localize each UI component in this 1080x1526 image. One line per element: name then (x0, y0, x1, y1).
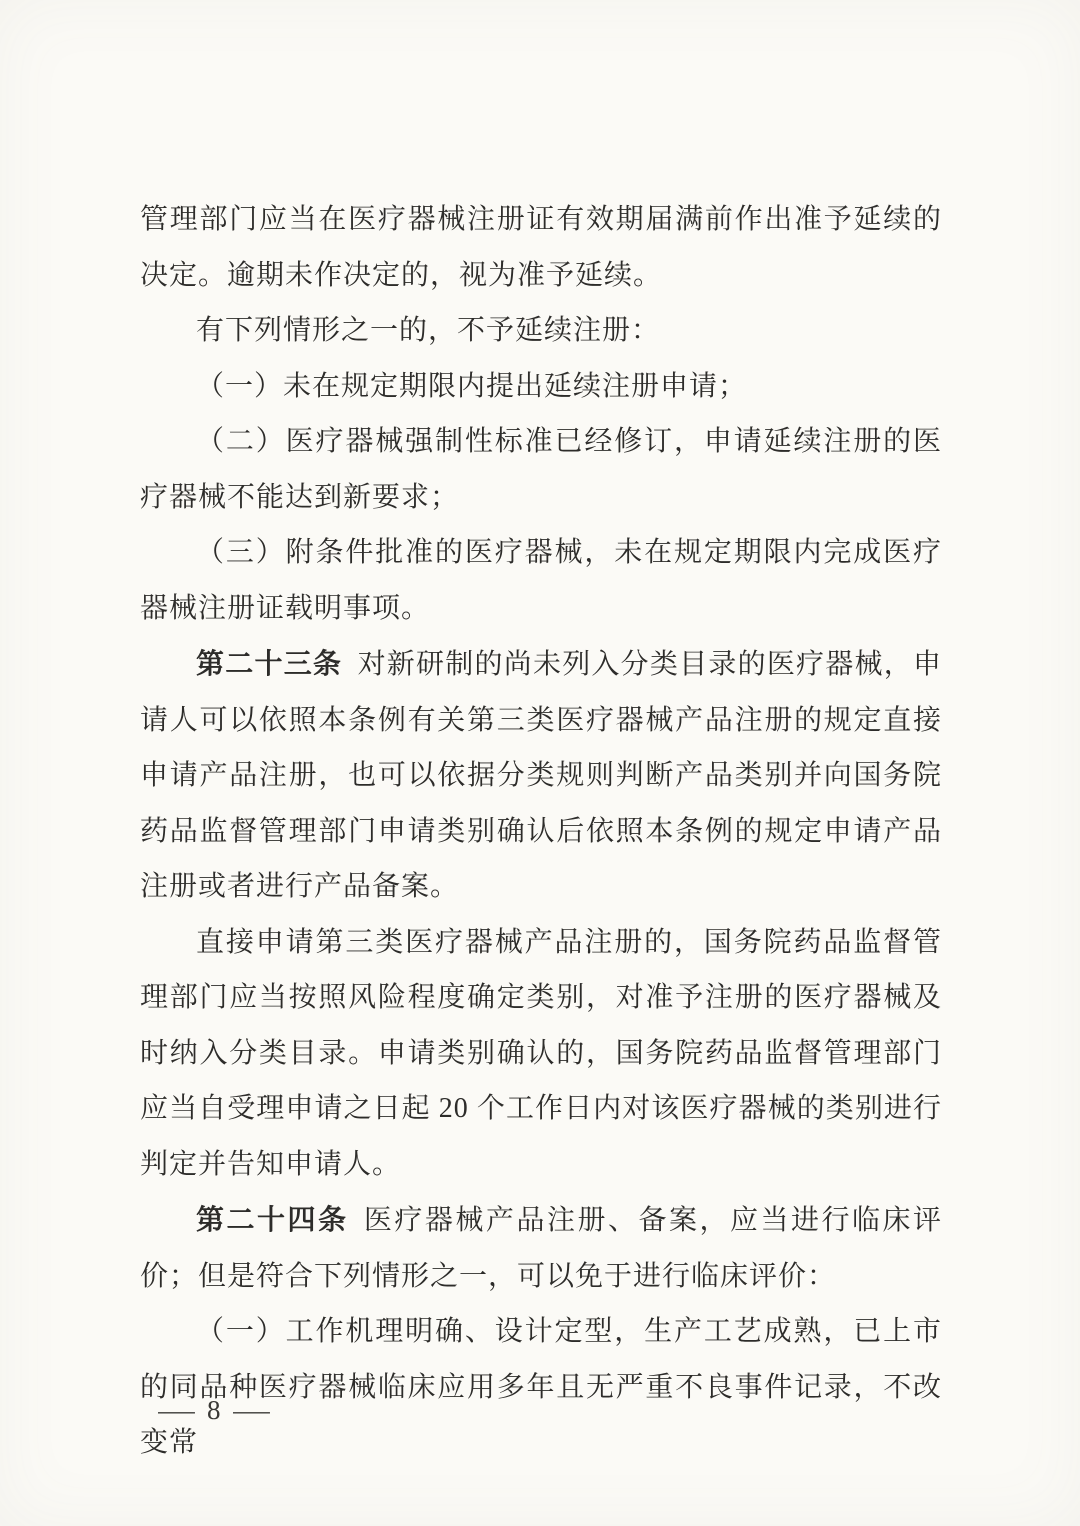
paragraph: 直接申请第三类医疗器械产品注册的，国务院药品监督管理部门应当按照风险程度确定类别… (140, 915, 942, 1193)
footer-dash-left: — (158, 1393, 194, 1427)
paragraph: （二）医疗器械强制性标准已经修订，申请延续注册的医疗器械不能达到新要求； (140, 414, 942, 525)
paragraph-text: 管理部门应当在医疗器械注册证有效期届满前作出准予延续的决定。逾期未作决定的，视为… (140, 204, 942, 291)
paragraph-text: 直接申请第三类医疗器械产品注册的，国务院药品监督管理部门应当按照风险程度确定类别… (140, 927, 942, 1180)
paragraph-text: （三）附条件批准的医疗器械，未在规定期限内完成医疗器械注册证载明事项。 (140, 537, 942, 624)
paragraph: （一）未在规定期限内提出延续注册申请； (140, 359, 942, 415)
paragraph: 有下列情形之一的，不予延续注册： (140, 303, 942, 359)
paragraph-text: （二）医疗器械强制性标准已经修订，申请延续注册的医疗器械不能达到新要求； (140, 426, 942, 513)
page-number: 8 (207, 1393, 221, 1427)
document-page: 管理部门应当在医疗器械注册证有效期届满前作出准予延续的决定。逾期未作决定的，视为… (0, 0, 1080, 1526)
article-number: 第二十四条 (196, 1204, 349, 1235)
page-footer: — 8 — (163, 1393, 265, 1427)
paragraph-text: （一）工作机理明确、设计定型，生产工艺成熟，已上市的同品种医疗器械临床应用多年且… (140, 1316, 942, 1458)
document-body: 管理部门应当在医疗器械注册证有效期届满前作出准予延续的决定。逾期未作决定的，视为… (140, 192, 942, 1471)
paragraph: 第二十四条医疗器械产品注册、备案，应当进行临床评价；但是符合下列情形之一，可以免… (140, 1192, 942, 1304)
footer-dash-right: — (233, 1393, 269, 1427)
paragraph: 第二十三条对新研制的尚未列入分类目录的医疗器械，申请人可以依照本条例有关第三类医… (140, 636, 942, 915)
paragraph-text: （一）未在规定期限内提出延续注册申请； (196, 371, 747, 402)
article-number: 第二十三条 (196, 648, 342, 679)
paragraph: 管理部门应当在医疗器械注册证有效期届满前作出准予延续的决定。逾期未作决定的，视为… (140, 192, 942, 303)
paragraph-text: 对新研制的尚未列入分类目录的医疗器械，申请人可以依照本条例有关第三类医疗器械产品… (140, 649, 942, 902)
paragraph: （三）附条件批准的医疗器械，未在规定期限内完成医疗器械注册证载明事项。 (140, 525, 942, 636)
paragraph-text: 有下列情形之一的，不予延续注册： (196, 315, 660, 346)
paragraph: （一）工作机理明确、设计定型，生产工艺成熟，已上市的同品种医疗器械临床应用多年且… (140, 1304, 942, 1471)
